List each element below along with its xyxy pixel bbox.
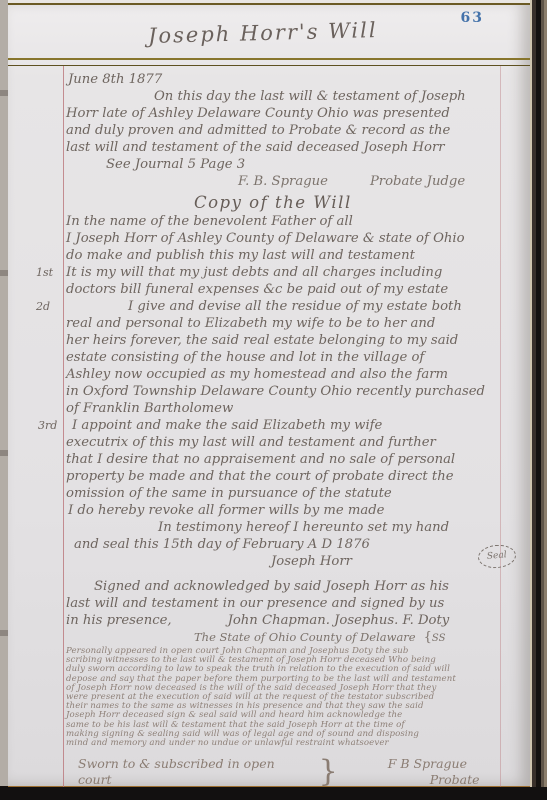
ss-abbreviation: SS <box>432 633 446 644</box>
will-line: of Franklin Bartholomew <box>66 400 518 417</box>
journal-reference: See Journal 5 Page 3 <box>106 156 518 173</box>
will-line: omission of the same in pursuance of the… <box>66 485 518 502</box>
venue-line: The State of Ohio County of Delaware{SS <box>194 629 518 647</box>
will-line: do make and publish this my last will an… <box>66 247 518 264</box>
will-line: real and personal to Elizabeth my wife t… <box>66 315 518 332</box>
page-title: Joseph Horr's Will <box>148 18 378 48</box>
deposition-line: mind and memory and under no undue or un… <box>66 739 518 748</box>
page-number: 63 <box>461 10 484 26</box>
margin-item-number: 2d <box>36 298 50 315</box>
will-line: estate consisting of the house and lot i… <box>66 349 518 366</box>
revoke-line: I do hereby revoke all former wills by m… <box>68 502 518 519</box>
will-item-first-line: 2d I give and devise all the residue of … <box>128 298 518 315</box>
handwritten-content: June 8th 1877 On this day the last will … <box>66 71 518 800</box>
testimony-line: In testimony hereof I hereunto set my ha… <box>158 519 518 536</box>
entry-line: last will and testament of the said dece… <box>66 139 518 156</box>
deposition-block: Personally appeared in open court John C… <box>66 647 518 748</box>
judge-signature: F. B. Sprague <box>238 173 328 190</box>
page-body: June 8th 1877 On this day the last will … <box>8 66 530 787</box>
judge-signature: F B Sprague <box>388 756 518 772</box>
testimony-seal-block: and seal this 15th day of February A D 1… <box>66 536 518 570</box>
attestation-line: last will and testament in our presence … <box>66 595 518 612</box>
ledger-page: Joseph Horr's Will 63 June 8th 1877 On t… <box>8 0 530 788</box>
will-line: In the name of the benevolent Father of … <box>66 213 518 230</box>
will-line: property be made and that the court of p… <box>66 468 518 485</box>
entry-date-line: June 8th 1877 <box>68 71 518 88</box>
margin-item-number: 1st <box>36 264 53 281</box>
page-left-edge <box>0 0 8 786</box>
witness-row: in his presence, John Chapman. Josephus.… <box>66 612 518 629</box>
will-line: that I desire that no appraisement and n… <box>66 451 518 468</box>
entry-line: and duly proven and admitted to Probate … <box>66 122 518 139</box>
will-line: in Oxford Township Delaware County Ohio … <box>66 383 518 400</box>
sworn-line: Sworn to & subscribed in open court <box>78 756 309 788</box>
page-header: Joseph Horr's Will 63 <box>8 5 530 58</box>
attestation-line: in his presence, <box>66 612 172 629</box>
entry-judge-row: F. B. Sprague Probate Judge <box>238 173 518 190</box>
spacer <box>66 570 518 578</box>
entry-line: On this day the last will & testament of… <box>154 88 518 105</box>
book-binding-edge <box>530 0 547 800</box>
judge-title: Probate Judge <box>370 173 465 190</box>
will-item-first-line: 1st It is my will that my just debts and… <box>66 264 518 281</box>
spacer <box>66 748 518 752</box>
will-item-first-line: 3rd I appoint and make the said Elizabet… <box>72 417 518 434</box>
book-bottom-edge <box>0 787 547 800</box>
will-line: Ashley now occupied as my homestead and … <box>66 366 518 383</box>
left-margin-line <box>63 66 64 787</box>
ledger-scan: Joseph Horr's Will 63 June 8th 1877 On t… <box>0 0 547 800</box>
will-line: I Joseph Horr of Ashley County of Delawa… <box>66 230 518 247</box>
margin-item-number: 3rd <box>38 417 57 434</box>
venue-brace: { <box>424 630 432 645</box>
attestation-line: Signed and acknowledged by said Joseph H… <box>94 578 518 595</box>
header-rule-line <box>8 58 530 66</box>
will-section-title: Copy of the Will <box>194 194 518 211</box>
will-line: her heirs forever, the said real estate … <box>66 332 518 349</box>
will-line: doctors bill funeral expenses &c be paid… <box>66 281 518 298</box>
entry-line: Horr late of Ashley Delaware County Ohio… <box>66 105 518 122</box>
witness-names: John Chapman. Josephus. F. Doty <box>228 612 450 629</box>
will-line: executrix of this my last will and testa… <box>66 434 518 451</box>
testimony-line: and seal this 15th day of February A D 1… <box>74 536 518 553</box>
